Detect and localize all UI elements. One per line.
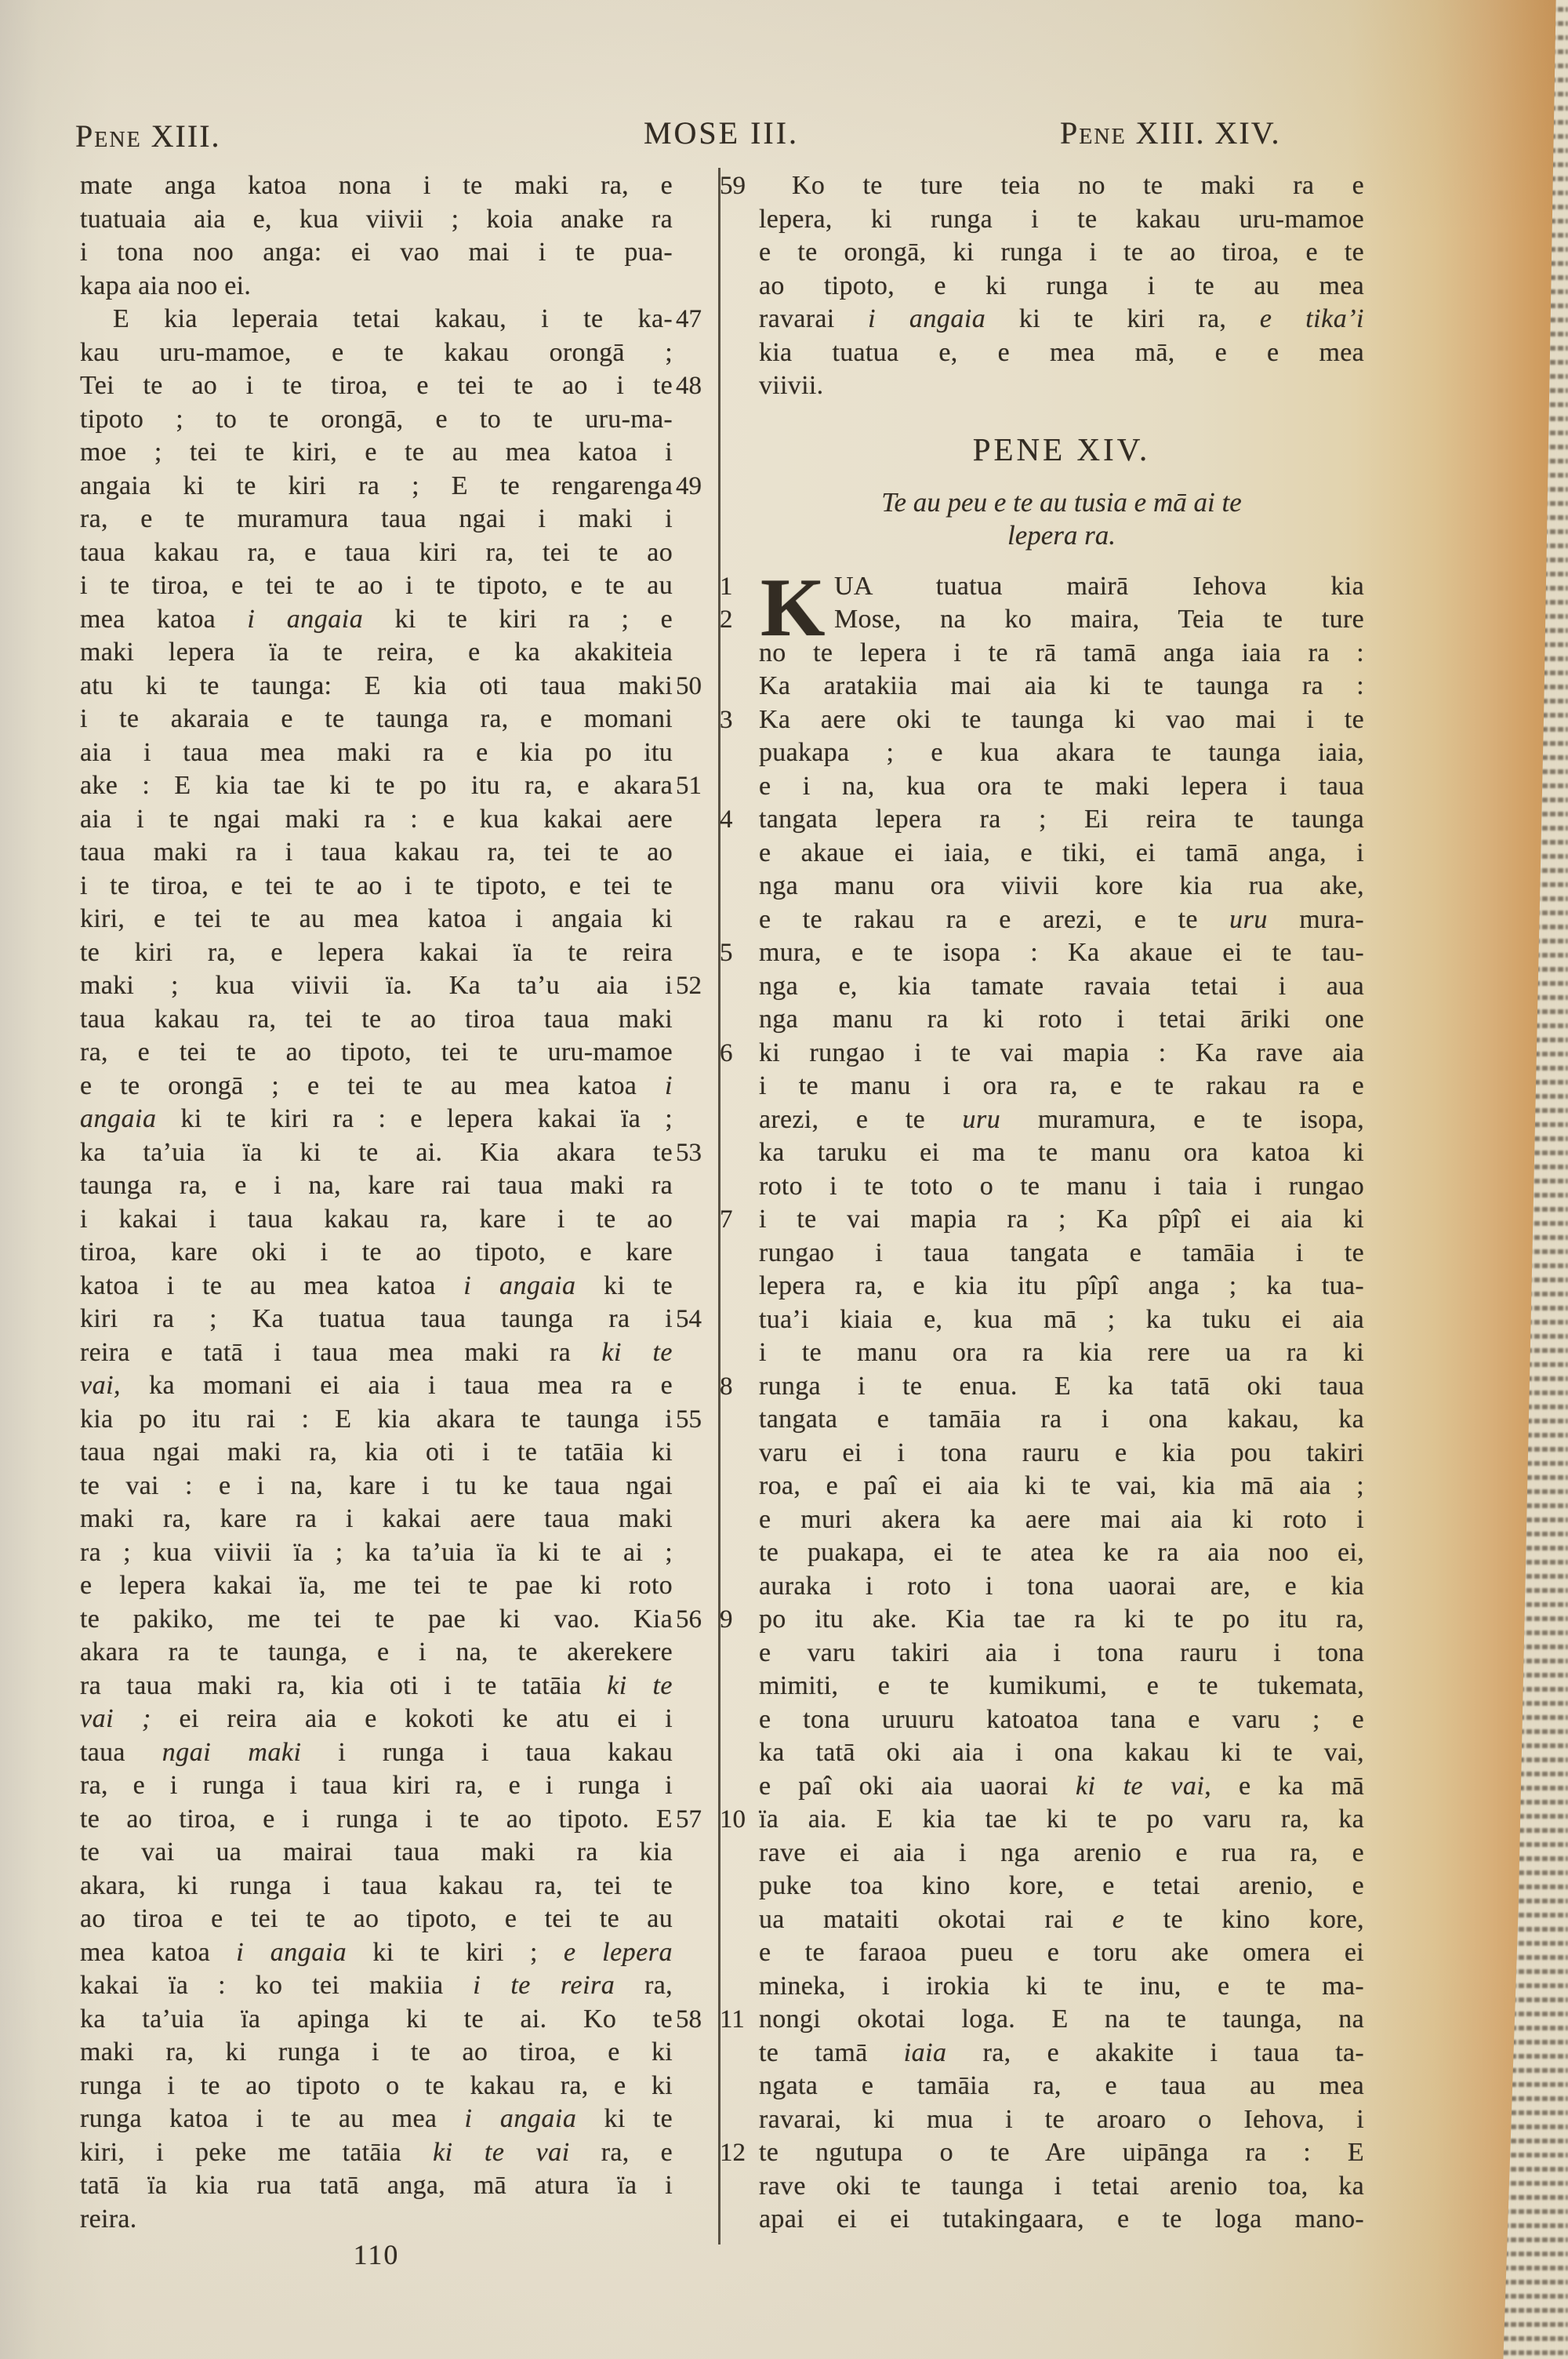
text-line: tangata e tamāia ra i ona kakau, ka xyxy=(759,1403,1364,1437)
text-line: ao tiroa e tei te ao tipoto, e tei te au xyxy=(80,1903,673,1936)
text-line: kapa aia noo ei. xyxy=(80,270,673,304)
text-line: Ka aere oki te taunga ki vao mai i te3 xyxy=(759,703,1364,737)
text-line: puakapa ; e kua akara te taunga iaia, xyxy=(759,736,1364,770)
verse-number: 12 xyxy=(720,2136,756,2170)
text-line: rave oki te taunga i tetai arenio toa, k… xyxy=(759,2170,1364,2204)
text-line: mura, e te isopa : Ka akaue ei te tau-5 xyxy=(759,936,1364,970)
text-line: ra, e i runga i taua kiri ra, e i runga … xyxy=(80,1769,673,1803)
verse-number: 11 xyxy=(720,2003,756,2037)
text-line: ngata e tamāia ra, e taua au mea xyxy=(759,2070,1364,2103)
text-line: runga i te ao tipoto o te kakau ra, e ki xyxy=(80,2070,673,2103)
text-line: ka ta’uia ïa ki te ai. Kia akara te53 xyxy=(80,1136,673,1170)
verse-number: 10 xyxy=(720,1803,756,1837)
text-line: taua maki ra i taua kakau ra, tei te ao xyxy=(80,836,673,870)
text-line: angaia ki te kiri ra : e lepera kakai ïa… xyxy=(80,1103,673,1136)
running-head-chapter-left: Pene XIII. xyxy=(75,118,221,154)
text-line: po itu ake. Kia tae ra ki te po itu ra,9 xyxy=(759,1603,1364,1637)
text-line: mea katoa i angaia ki te kiri ; e lepera xyxy=(80,1936,673,1970)
text-line: kiri, i peke me tatāia ki te vai ra, e xyxy=(80,2136,673,2170)
text-line: e paî oki aia uaorai ki te vai, e ka mā xyxy=(759,1770,1364,1804)
text-line: kia tuatua e, e mea mā, e e mea xyxy=(759,336,1364,370)
text-line: ravarai, ki mua i te aroaro o Iehova, i xyxy=(759,2103,1364,2137)
text-line: lepera, ki runga i te kakau uru-mamoe xyxy=(759,203,1364,237)
verse-number: 52 xyxy=(676,969,721,1003)
text-line: tatā ïa kia rua tatā anga, mā atura ïa i xyxy=(80,2169,673,2203)
text-line: ka taruku ei ma te manu ora katoa ki xyxy=(759,1136,1364,1170)
verse-number: 55 xyxy=(676,1403,721,1437)
page-number: 110 xyxy=(80,2238,673,2271)
verse-number: 3 xyxy=(720,703,756,737)
right-column: Ko te ture teia no te maki ra e59lepera,… xyxy=(759,169,1364,2237)
verse-number: 47 xyxy=(676,303,721,336)
text-line: ao tipoto, e ki runga i te au mea xyxy=(759,270,1364,304)
text-line: E kia leperaia tetai kakau, i te ka-47 xyxy=(80,303,673,336)
text-line: runga i te enua. E ka tatā oki taua8 xyxy=(759,1370,1364,1404)
text-line: mate anga katoa nona i te maki ra, e xyxy=(80,169,673,203)
text-line: kiri, e tei te au mea katoa i angaia ki xyxy=(80,903,673,936)
text-line: te ngutupa o te Are uipānga ra : E12 xyxy=(759,2136,1364,2170)
text-line: mineka, i irokia ki te inu, e te ma- xyxy=(759,1970,1364,2004)
text-line: i te akaraia e te taunga ra, e momani xyxy=(80,703,673,736)
text-line: vai ; ei reira aia e kokoti ke atu ei i xyxy=(80,1703,673,1736)
text-line: e lepera kakai ïa, me tei te pae ki roto xyxy=(80,1569,673,1603)
text-line: e te faraoa pueu e toru ake omera ei xyxy=(759,1936,1364,1970)
text-line: atu ki te taunga: E kia oti taua maki50 xyxy=(80,670,673,703)
verse-number: 2 xyxy=(720,603,756,637)
chapter-subtitle-line: lepera ra. xyxy=(759,519,1364,552)
verse-number: 5 xyxy=(720,936,756,970)
text-line: angaia ki te kiri ra ; E te rengarenga49 xyxy=(80,470,673,503)
text-line: lepera ra, e kia itu pîpî anga ; ka tua- xyxy=(759,1270,1364,1303)
chapter-body: K UA tuatua mairā Iehova kia1Mose, na ko… xyxy=(759,570,1364,2237)
text-line: ïa aia. E kia tae ki te po varu ra, ka10 xyxy=(759,1803,1364,1837)
text-line: taua kakau ra, tei te ao tiroa taua maki xyxy=(80,1003,673,1037)
text-line: mimiti, e te kumikumi, e te tukemata, xyxy=(759,1670,1364,1703)
text-line: roa, e paî ei aia ki te vai, kia mā aia … xyxy=(759,1470,1364,1503)
verse-number: 8 xyxy=(720,1370,756,1404)
text-line: puke toa kino kore, e tetai arenio, e xyxy=(759,1870,1364,1903)
text-line: ka ta’uia ïa apinga ki te ai. Ko te58 xyxy=(80,2003,673,2037)
text-line: akara ra te taunga, e i na, te akerekere xyxy=(80,1636,673,1670)
text-line: maki ; kua viivii ïa. Ka ta’u aia i52 xyxy=(80,969,673,1003)
text-line: rungao i taua tangata e tamāia i te xyxy=(759,1237,1364,1270)
verse-number: 51 xyxy=(676,769,721,803)
text-line: ravarai i angaia ki te kiri ra, e tika’i xyxy=(759,303,1364,336)
text-line: tuatuaia aia e, kua viivii ; koia anake … xyxy=(80,203,673,237)
text-line: e i na, kua ora te maki lepera i taua xyxy=(759,770,1364,804)
text-line: maki ra, kare ra i kakai aere taua maki xyxy=(80,1503,673,1536)
text-line: akara, ki runga i taua kakau ra, tei te xyxy=(80,1870,673,1903)
running-head-chapter-right: Pene XIII. XIV. xyxy=(1060,114,1280,151)
text-line: maki lepera ïa te reira, e ka akakiteia xyxy=(80,636,673,670)
book-page-scan: MOSE III. Pene XIII. Pene XIII. XIV. mat… xyxy=(0,0,1568,2359)
text-line: tipoto ; to te orongā, e to te uru-ma- xyxy=(80,403,673,437)
text-line: kia po itu rai : E kia akara te taunga i… xyxy=(80,1403,673,1437)
text-line: reira e tatā i taua mea maki ra ki te xyxy=(80,1336,673,1370)
text-line: i tona noo anga: ei vao mai i te pua- xyxy=(80,236,673,270)
text-line: nga manu ora viivii kore kia rua ake, xyxy=(759,870,1364,903)
text-line: mea katoa i angaia ki te kiri ra ; e xyxy=(80,603,673,637)
text-line: i te vai mapia ra ; Ka pîpî ei aia ki7 xyxy=(759,1203,1364,1237)
text-line: e muri akera ka aere mai aia ki roto i xyxy=(759,1503,1364,1537)
text-line: nongi okotai loga. E na te taunga, na11 xyxy=(759,2003,1364,2037)
verse-number: 48 xyxy=(676,369,721,403)
verse-number: 9 xyxy=(720,1603,756,1637)
text-line: ake : E kia tae ki te po itu ra, e akara… xyxy=(80,769,673,803)
text-line: apai ei ei tutakingaara, e te loga mano- xyxy=(759,2203,1364,2237)
text-line: ka tatā oki aia i ona kakau ki te vai, xyxy=(759,1736,1364,1770)
text-line: te tamā iaia ra, e akakite i taua ta- xyxy=(759,2037,1364,2070)
text-line: taua kakau ra, e taua kiri ra, tei te ao xyxy=(80,536,673,570)
left-column: mate anga katoa nona i te maki ra, etuat… xyxy=(80,169,673,2236)
verse-number: 50 xyxy=(676,670,721,703)
text-line: reira. xyxy=(80,2203,673,2237)
text-line: i te tiroa, e tei te ao i te tipoto, e t… xyxy=(80,870,673,903)
text-line: i te manu ora ra kia rere ua ra ki xyxy=(759,1336,1364,1370)
verse-number: 53 xyxy=(676,1136,721,1170)
text-line: te puakapa, ei te atea ke ra aia noo ei, xyxy=(759,1536,1364,1570)
text-line: te ao tiroa, e i runga i te ao tipoto. E… xyxy=(80,1803,673,1837)
text-line: tua’i kiaia e, kua mā ; ka tuku ei aia xyxy=(759,1303,1364,1337)
text-line: e varu takiri aia i tona rauru i tona xyxy=(759,1637,1364,1670)
chapter-subtitle-line: Te au peu e te au tusia e mā ai te xyxy=(759,486,1364,519)
verse-number: 56 xyxy=(676,1603,721,1637)
text-line: Ko te ture teia no te maki ra e59 xyxy=(759,169,1364,203)
text-line: kau uru-mamoe, e te kakau orongā ; xyxy=(80,336,673,370)
text-line: roto i te toto o te manu i taia i rungao xyxy=(759,1170,1364,1204)
text-line: arezi, e te uru muramura, e te isopa, xyxy=(759,1103,1364,1137)
text-line: aia i taua mea maki ra e kia po itu xyxy=(80,736,673,770)
text-line: taua ngai maki i runga i taua kakau xyxy=(80,1736,673,1770)
verse-number: 7 xyxy=(720,1203,756,1237)
text-line: te pakiko, me tei te pae ki vao. Kia56 xyxy=(80,1603,673,1637)
text-line: ra, e te muramura taua ngai i maki i xyxy=(80,503,673,536)
text-line: ua mataiti okotai rai e te kino kore, xyxy=(759,1903,1364,1937)
text-line: e te orongā ; e tei te au mea katoa i xyxy=(80,1070,673,1103)
text-line: tangata lepera ra ; Ei reira te taunga4 xyxy=(759,803,1364,837)
verse-number: 59 xyxy=(720,169,756,203)
text-line: UA tuatua mairā Iehova kia1 xyxy=(759,570,1364,604)
text-line: no te lepera i te rā tamā anga iaia ra : xyxy=(759,637,1364,671)
text-line: kiri ra ; Ka tuatua taua taunga ra i54 xyxy=(80,1303,673,1336)
verse-59-block: Ko te ture teia no te maki ra e59lepera,… xyxy=(759,169,1364,403)
verse-number: 54 xyxy=(676,1303,721,1336)
text-line: moe ; tei te kiri, e te au mea katoa i xyxy=(80,436,673,470)
text-line: ra, e tei te ao tipoto, tei te uru-mamoe xyxy=(80,1036,673,1070)
chapter-heading: PENE XIV. xyxy=(759,427,1364,472)
text-line: te vai ua mairai taua maki ra kia xyxy=(80,1836,673,1870)
text-line: ra ; kua viivii ïa ; ka ta’uia ïa ki te … xyxy=(80,1536,673,1570)
text-line: e te rakau ra e arezi, e te uru mura- xyxy=(759,903,1364,937)
verse-number: 49 xyxy=(676,470,721,503)
text-line: viivii. xyxy=(759,369,1364,403)
verse-number: 1 xyxy=(720,570,756,604)
text-line: rave ei aia i nga arenio e rua ra, e xyxy=(759,1837,1364,1870)
text-line: tiroa, kare oki i te ao tipoto, e kare xyxy=(80,1236,673,1270)
text-line: taunga ra, e i na, kare rai taua maki ra xyxy=(80,1169,673,1203)
verse-number: 58 xyxy=(676,2003,721,2037)
text-line: runga katoa i te au mea i angaia ki te xyxy=(80,2103,673,2136)
text-line: vai, ka momani ei aia i taua mea ra e xyxy=(80,1369,673,1403)
text-line: Tei te ao i te tiroa, e tei te ao i te48 xyxy=(80,369,673,403)
text-line: e akaue ei iaia, e tiki, ei tamā anga, i xyxy=(759,837,1364,871)
text-line: Mose, na ko maira, Teia te ture2 xyxy=(759,603,1364,637)
text-line: maki ra, ki runga i te ao tiroa, e ki xyxy=(80,2036,673,2070)
text-line: taua ngai maki ra, kia oti i te tatāia k… xyxy=(80,1436,673,1470)
text-line: te kiri ra, e lepera kakai ïa te reira xyxy=(80,936,673,970)
text-line: i te tiroa, e tei te ao i te tipoto, e t… xyxy=(80,569,673,603)
text-line: auraka i roto i tona uaorai are, e kia xyxy=(759,1570,1364,1604)
verse-number: 6 xyxy=(720,1037,756,1070)
verse-number: 57 xyxy=(676,1803,721,1837)
text-line: te vai : e i na, kare i tu ke taua ngai xyxy=(80,1470,673,1503)
text-line: varu ei i tona rauru e kia pou takiri xyxy=(759,1437,1364,1470)
text-line: Ka aratakiia mai aia ki te taunga ra : xyxy=(759,670,1364,703)
text-line: katoa i te au mea katoa i angaia ki te xyxy=(80,1270,673,1303)
text-line: aia i te ngai maki ra : e kua kakai aere xyxy=(80,803,673,837)
verse-number: 4 xyxy=(720,803,756,837)
text-line: ra taua maki ra, kia oti i te tatāia ki … xyxy=(80,1670,673,1703)
text-line: e tona uruuru katoatoa tana e varu ; e xyxy=(759,1703,1364,1737)
text-line: ki rungao i te vai mapia : Ka rave aia6 xyxy=(759,1037,1364,1070)
text-line: kakai ïa : ko tei makiia i te reira ra, xyxy=(80,1969,673,2003)
text-line: nga manu ra ki roto i tetai āriki one xyxy=(759,1003,1364,1037)
text-line: i kakai i taua kakau ra, kare i te ao xyxy=(80,1203,673,1237)
adjacent-page-edge xyxy=(1493,0,1568,2359)
text-line: nga e, kia tamate ravaia tetai i aua xyxy=(759,970,1364,1004)
text-line: i te manu i ora ra, e te rakau ra e xyxy=(759,1070,1364,1103)
text-line: e te orongā, ki runga i te ao tiroa, e t… xyxy=(759,236,1364,270)
